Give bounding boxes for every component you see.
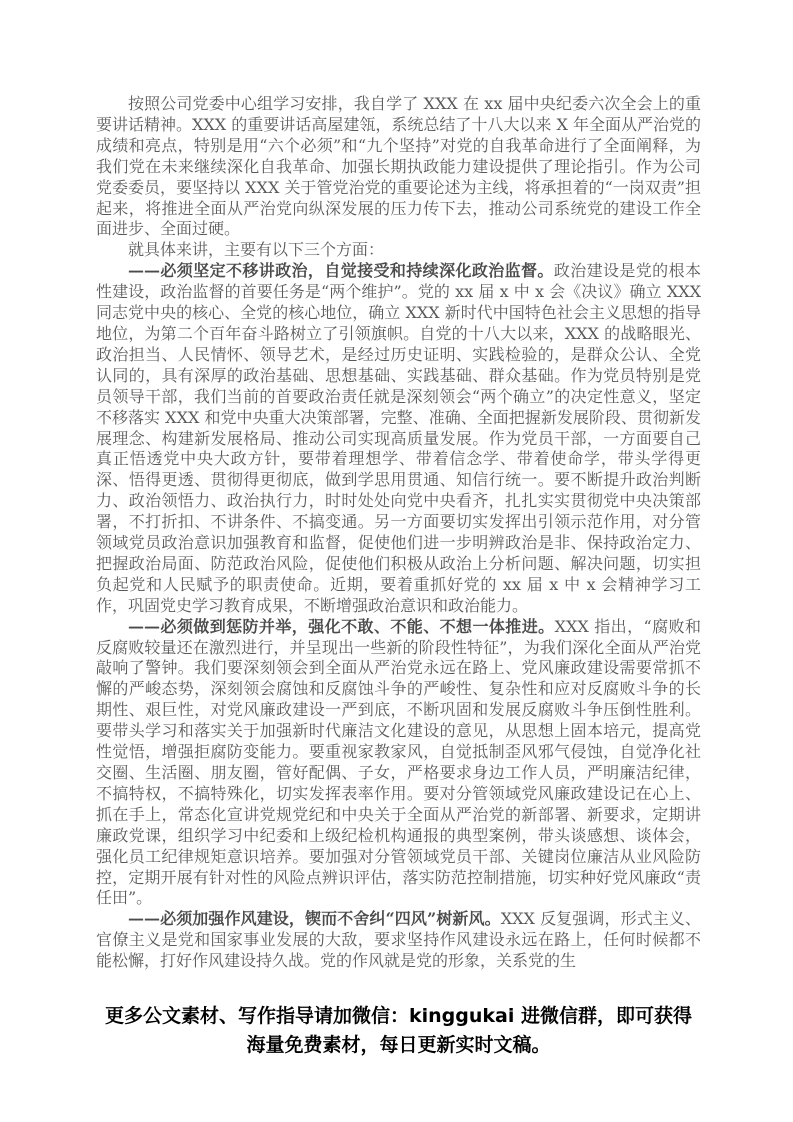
paragraph-3: ——必须坚定不移讲政治，自觉接受和持续深化政治监督。政治建设是党的根本性建设，政… xyxy=(96,261,701,616)
paragraph-lead: ——必须坚定不移讲政治，自觉接受和持续深化政治监督。 xyxy=(128,261,554,280)
paragraph-4: ——必须做到惩防并举，强化不敢、不能、不想一体推进。XXX 指出，“腐败和反腐败… xyxy=(96,617,701,910)
paragraph-2: 就具体来讲，主要有以下三个方面： xyxy=(96,240,701,261)
paragraph-lead: ——必须加强作风建设，锲而不舍纠“四风”树新风。 xyxy=(128,909,501,928)
document-page: 按照公司党委中心组学习安排，我自学了 XXX 在 xx 届中央纪委六次全会上的重… xyxy=(0,0,793,1122)
document-body: 按照公司党委中心组学习安排，我自学了 XXX 在 xx 届中央纪委六次全会上的重… xyxy=(96,94,701,972)
promo-footer: 更多公文素材、写作指导请加微信：kinggukai 进微信群，即可获得海量免费素… xyxy=(96,1002,701,1060)
paragraph-5: ——必须加强作风建设，锲而不舍纠“四风”树新风。XXX 反复强调，形式主义、官僚… xyxy=(96,909,701,972)
paragraph-lead: ——必须做到惩防并举，强化不敢、不能、不想一体推进。 xyxy=(128,617,555,636)
paragraph-1: 按照公司党委中心组学习安排，我自学了 XXX 在 xx 届中央纪委六次全会上的重… xyxy=(96,94,701,240)
